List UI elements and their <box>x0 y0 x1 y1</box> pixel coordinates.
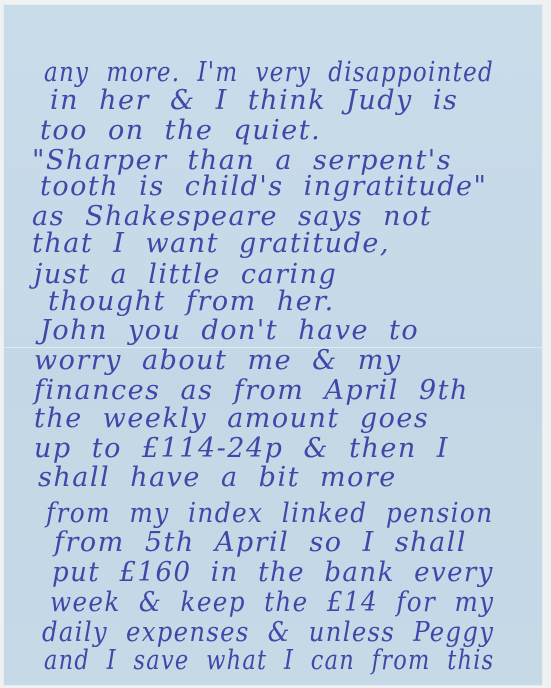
letter-line: daily expenses & unless Peggy <box>42 617 494 648</box>
letter-line: put £160 in the bank every <box>52 557 494 588</box>
letter-line: in her & I think Judy is <box>50 85 458 116</box>
letter-line: from my index linked pension <box>46 498 494 529</box>
letter-line: tooth is child's ingratitude" <box>40 171 487 202</box>
letter-page: any more. I'm very disappointed in her &… <box>4 5 542 685</box>
letter-line: week & keep the £14 for my <box>50 587 494 618</box>
letter-line: from 5th April so I shall <box>54 527 467 558</box>
letter-line: John you don't have to <box>40 315 419 346</box>
letter-line: that I want gratitude, <box>32 228 390 259</box>
letter-line: worry about me & my <box>34 345 402 376</box>
letter-line: any more. I'm very disappointed <box>44 57 494 88</box>
letter-line: finances as from April 9th <box>34 375 469 406</box>
letter-line: the weekly amount goes <box>34 403 429 434</box>
letter-line: up to £114-24p & then I <box>34 433 449 464</box>
letter-line: and I save what I can from this <box>44 645 494 676</box>
letter-line: thought from her. <box>48 286 335 317</box>
letter-line: shall have a bit more <box>38 462 397 493</box>
letter-line: too on the quiet. <box>40 115 321 146</box>
